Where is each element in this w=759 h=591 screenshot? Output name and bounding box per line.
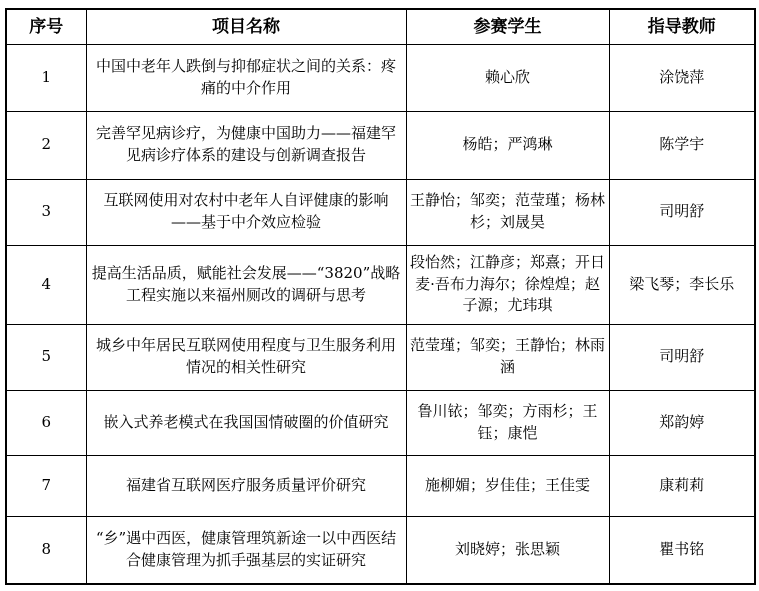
students-cell: 赖心欣 xyxy=(406,44,609,111)
table-row: 5 城乡中年居民互联网使用程度与卫生服务利用情况的相关性研究 范莹瑾；邹奕；王静… xyxy=(6,324,755,390)
header-cell-project-name: 项目名称 xyxy=(86,9,406,44)
row-number-cell: 2 xyxy=(6,111,86,179)
project-name-cell: “乡”遇中西医，健康管理筑新途一以中西医结合健康管理为抓手强基层的实证研究 xyxy=(86,516,406,584)
teacher-cell: 郑韵婷 xyxy=(609,390,755,455)
row-number-cell: 7 xyxy=(6,455,86,516)
table-row: 1 中国中老年人跌倒与抑郁症状之间的关系：疼痛的中介作用 赖心欣 涂饶萍 xyxy=(6,44,755,111)
table-row: 4 提高生活品质，赋能社会发展——“3820”战略工程实施以来福州厕改的调研与思… xyxy=(6,245,755,324)
document-page: 序号 项目名称 参赛学生 指导教师 1 中国中老年人跌倒与抑郁症状之间的关系：疼… xyxy=(0,0,759,591)
students-cell: 段怡然；江静彦；郑熹；开日麦·吾布力海尔；徐煌煌；赵子源；尤玮琪 xyxy=(406,245,609,324)
teacher-cell: 康莉莉 xyxy=(609,455,755,516)
header-cell-number: 序号 xyxy=(6,9,86,44)
row-number-cell: 6 xyxy=(6,390,86,455)
students-cell: 王静怡；邹奕；范莹瑾；杨林杉；刘晟昊 xyxy=(406,179,609,245)
teacher-cell: 涂饶萍 xyxy=(609,44,755,111)
table-row: 8 “乡”遇中西医，健康管理筑新途一以中西医结合健康管理为抓手强基层的实证研究 … xyxy=(6,516,755,584)
project-name-cell: 福建省互联网医疗服务质量评价研究 xyxy=(86,455,406,516)
project-list-table: 序号 项目名称 参赛学生 指导教师 1 中国中老年人跌倒与抑郁症状之间的关系：疼… xyxy=(5,8,756,585)
project-name-cell: 中国中老年人跌倒与抑郁症状之间的关系：疼痛的中介作用 xyxy=(86,44,406,111)
row-number-cell: 4 xyxy=(6,245,86,324)
row-number-cell: 1 xyxy=(6,44,86,111)
teacher-cell: 瞿书铭 xyxy=(609,516,755,584)
project-name-cell: 城乡中年居民互联网使用程度与卫生服务利用情况的相关性研究 xyxy=(86,324,406,390)
header-cell-students: 参赛学生 xyxy=(406,9,609,44)
row-number-cell: 5 xyxy=(6,324,86,390)
teacher-cell: 梁飞琴；李长乐 xyxy=(609,245,755,324)
project-name-cell: 完善罕见病诊疗，为健康中国助力——福建罕见病诊疗体系的建设与创新调查报告 xyxy=(86,111,406,179)
students-cell: 鲁川铱；邹奕；方雨杉；王钰；康恺 xyxy=(406,390,609,455)
students-cell: 施柳媚；岁佳佳；王佳雯 xyxy=(406,455,609,516)
table-body: 1 中国中老年人跌倒与抑郁症状之间的关系：疼痛的中介作用 赖心欣 涂饶萍 2 完… xyxy=(6,44,755,584)
table-row: 7 福建省互联网医疗服务质量评价研究 施柳媚；岁佳佳；王佳雯 康莉莉 xyxy=(6,455,755,516)
table-row: 6 嵌入式养老模式在我国国情破圈的价值研究 鲁川铱；邹奕；方雨杉；王钰；康恺 郑… xyxy=(6,390,755,455)
project-name-cell: 互联网使用对农村中老年人自评健康的影响——基于中介效应检验 xyxy=(86,179,406,245)
project-name-cell: 提高生活品质，赋能社会发展——“3820”战略工程实施以来福州厕改的调研与思考 xyxy=(86,245,406,324)
students-cell: 刘晓婷；张思颖 xyxy=(406,516,609,584)
students-cell: 范莹瑾；邹奕；王静怡；林雨涵 xyxy=(406,324,609,390)
teacher-cell: 司明舒 xyxy=(609,324,755,390)
teacher-cell: 司明舒 xyxy=(609,179,755,245)
table-row: 3 互联网使用对农村中老年人自评健康的影响——基于中介效应检验 王静怡；邹奕；范… xyxy=(6,179,755,245)
table-header: 序号 项目名称 参赛学生 指导教师 xyxy=(6,9,755,44)
students-cell: 杨皓；严鸿琳 xyxy=(406,111,609,179)
header-cell-teacher: 指导教师 xyxy=(609,9,755,44)
project-name-cell: 嵌入式养老模式在我国国情破圈的价值研究 xyxy=(86,390,406,455)
header-row: 序号 项目名称 参赛学生 指导教师 xyxy=(6,9,755,44)
row-number-cell: 8 xyxy=(6,516,86,584)
row-number-cell: 3 xyxy=(6,179,86,245)
teacher-cell: 陈学宇 xyxy=(609,111,755,179)
table-row: 2 完善罕见病诊疗，为健康中国助力——福建罕见病诊疗体系的建设与创新调查报告 杨… xyxy=(6,111,755,179)
